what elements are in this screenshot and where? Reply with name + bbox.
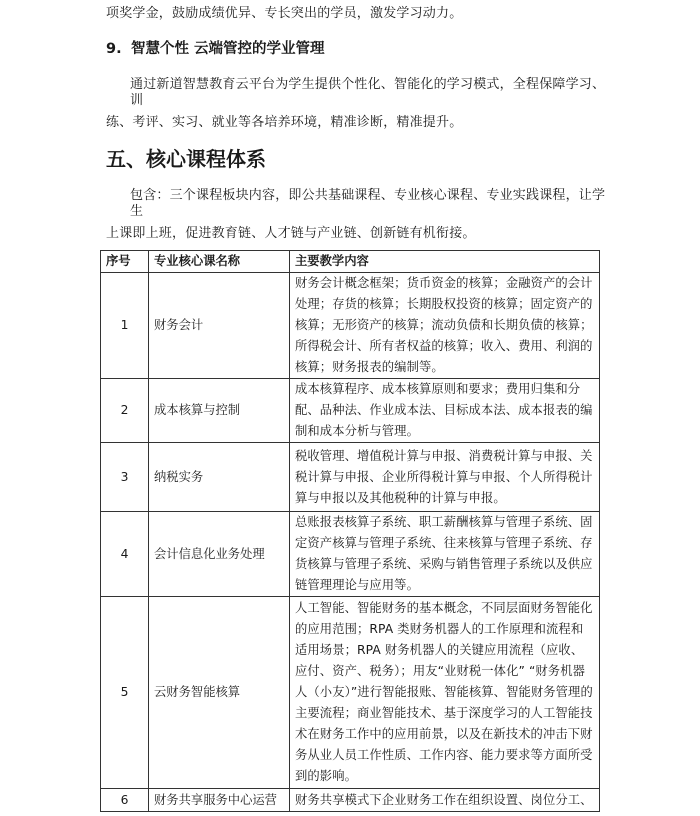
header-seq: 序号 [101, 251, 149, 273]
row-course-name: 云财务智能核算 [149, 597, 290, 789]
table-row: 3 纳税实务 税收管理、增值税计算与申报、消费税计算与申报、关税计算与申报、企业… [101, 443, 600, 512]
row-course-name: 财务共享服务中心运营 [149, 789, 290, 812]
section-9-title: 智慧个性 云端管控的学业管理 [131, 41, 325, 57]
header-content: 主要教学内容 [290, 251, 600, 273]
row-seq: 2 [101, 379, 149, 443]
table-header-row: 序号 专业核心课名称 主要教学内容 [101, 251, 600, 273]
row-seq: 5 [101, 597, 149, 789]
row-content: 人工智能、智能财务的基本概念，不同层面财务智能化的应用范围；RPA 类财务机器人… [290, 597, 600, 789]
row-seq: 3 [101, 443, 149, 512]
table-row: 1 财务会计 财务会计概念框架；货币资金的核算；金融资产的会计处理；存货的核算；… [101, 273, 600, 379]
section-9-body-line2: 练、考评、实习、就业等各培养环境，精准诊断，精准提升。 [106, 115, 606, 131]
table-row: 2 成本核算与控制 成本核算程序、成本核算原则和要求；费用归集和分配、品种法、作… [101, 379, 600, 443]
row-content: 税收管理、增值税计算与申报、消费税计算与申报、关税计算与申报、企业所得税计算与申… [290, 443, 600, 512]
paragraph-intro-tail: 项奖学金，鼓励成绩优异、专长突出的学员，激发学习动力。 [106, 6, 606, 22]
section-9-body-line1: 通过新道智慧教育云平台为学生提供个性化、智能化的学习模式，全程保障学习、训 [130, 77, 606, 109]
core-courses-table: 序号 专业核心课名称 主要教学内容 1 财务会计 财务会计概念框架；货币资金的核… [100, 250, 600, 812]
row-content: 总账报表核算子系统、职工薪酬核算与管理子系统、固定资产核算与管理子系统、往来核算… [290, 512, 600, 597]
row-content: 成本核算程序、成本核算原则和要求；费用归集和分配、品种法、作业成本法、目标成本法… [290, 379, 600, 443]
table-row: 5 云财务智能核算 人工智能、智能财务的基本概念，不同层面财务智能化的应用范围；… [101, 597, 600, 789]
section-9-number: 9. [106, 40, 131, 58]
section-9-heading: 9.智慧个性 云端管控的学业管理 [106, 40, 325, 58]
header-course-name: 专业核心课名称 [149, 251, 290, 273]
row-seq: 1 [101, 273, 149, 379]
row-course-name: 会计信息化业务处理 [149, 512, 290, 597]
table-row: 6 财务共享服务中心运营 财务共享模式下企业财务工作在组织设置、岗位分工、 [101, 789, 600, 812]
row-course-name: 成本核算与控制 [149, 379, 290, 443]
table-row: 4 会计信息化业务处理 总账报表核算子系统、职工薪酬核算与管理子系统、固定资产核… [101, 512, 600, 597]
row-content: 财务会计概念框架；货币资金的核算；金融资产的会计处理；存货的核算；长期股权投资的… [290, 273, 600, 379]
row-content: 财务共享模式下企业财务工作在组织设置、岗位分工、 [290, 789, 600, 812]
section-5-heading: 五、核心课程体系 [106, 147, 266, 171]
section-5-body-line2: 上课即上班，促进教育链、人才链与产业链、创新链有机衔接。 [106, 226, 606, 242]
row-seq: 4 [101, 512, 149, 597]
row-course-name: 财务会计 [149, 273, 290, 379]
row-course-name: 纳税实务 [149, 443, 290, 512]
section-5-body-line1: 包含：三个课程板块内容，即公共基础课程、专业核心课程、专业实践课程，让学生 [130, 188, 606, 220]
row-seq: 6 [101, 789, 149, 812]
